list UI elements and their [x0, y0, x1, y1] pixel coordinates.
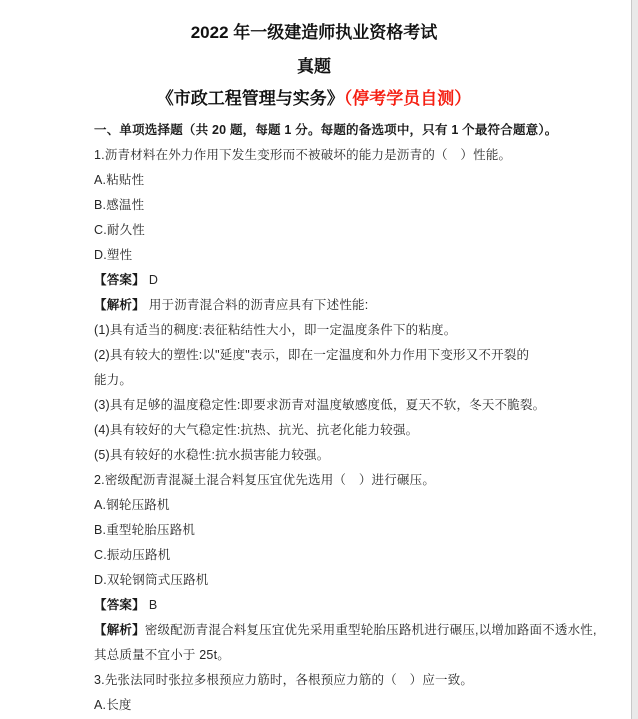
doc-line-text: A.长度 [94, 698, 132, 712]
doc-line: 【解析】密级配沥青混合料复压宜优先采用重型轮胎压路机进行碾压,以增加路面不透水性… [94, 618, 572, 643]
document-body: 一、单项选择题（共 20 题，每题 1 分。每题的备选项中，只有 1 个最符合题… [94, 118, 572, 718]
doc-line: 2.密级配沥青混凝土混合料复压宜优先选用（ ）进行碾压。 [94, 468, 572, 493]
doc-line: (4)具有较好的大气稳定性:抗热、抗光、抗老化能力较强。 [94, 418, 572, 443]
doc-line-text: D.塑性 [94, 248, 132, 262]
doc-line-text: (1)具有适当的稠度:表征粘结性大小，即一定温度条件下的粘度。 [94, 323, 456, 337]
course-title-red-note: （停考学员自测） [344, 89, 472, 108]
doc-line: D.塑性 [94, 243, 572, 268]
doc-title: 2022 年一级建造师执业资格考试 [0, 22, 628, 43]
doc-line-text: 其总质量不宜小于 25t。 [94, 648, 230, 662]
doc-line: C.耐久性 [94, 218, 572, 243]
doc-line: (3)具有足够的温度稳定性:即要求沥青对温度敏感度低，夏天不软，冬天不脆裂。 [94, 393, 572, 418]
doc-line-text: (3)具有足够的温度稳定性:即要求沥青对温度敏感度低，夏天不软，冬天不脆裂。 [94, 398, 545, 412]
doc-line: A.长度 [94, 693, 572, 718]
doc-line-text: C.振动压路机 [94, 548, 170, 562]
doc-line: 【解析】用于沥青混合料的沥青应具有下述性能: [94, 293, 572, 318]
doc-line-text: D [149, 273, 158, 287]
doc-line-text: A.钢轮压路机 [94, 498, 170, 512]
doc-line-text: (5)具有较好的水稳性:抗水损害能力较强。 [94, 448, 329, 462]
doc-line: 一、单项选择题（共 20 题，每题 1 分。每题的备选项中，只有 1 个最符合题… [94, 118, 572, 143]
doc-line-text: 3.先张法同时张拉多根预应力筋时，各根预应力筋的（ ）应一致。 [94, 673, 473, 687]
doc-line: C.振动压路机 [94, 543, 572, 568]
doc-line: 能力。 [94, 368, 572, 393]
doc-line-text: B.感温性 [94, 198, 144, 212]
doc-line-text: 密级配沥青混合料复压宜优先采用重型轮胎压路机进行碾压,以增加路面不透水性, [145, 623, 597, 637]
doc-line: 1.沥青材料在外力作用下发生变形而不被破坏的能力是沥青的（ ）性能。 [94, 143, 572, 168]
doc-line-text: D.双轮钢筒式压路机 [94, 573, 209, 587]
doc-line: (1)具有适当的稠度:表征粘结性大小，即一定温度条件下的粘度。 [94, 318, 572, 343]
course-title-text: 《市政工程管理与实务》 [157, 89, 344, 108]
doc-line-text: 1.沥青材料在外力作用下发生变形而不被破坏的能力是沥青的（ ）性能。 [94, 148, 511, 162]
doc-line-label: 【解析】 [94, 623, 145, 637]
doc-line: 3.先张法同时张拉多根预应力筋时，各根预应力筋的（ ）应一致。 [94, 668, 572, 693]
doc-line: (2)具有较大的塑性:以"延度"表示，即在一定温度和外力作用下变形又不开裂的 [94, 343, 572, 368]
doc-line-label: 一、单项选择题（共 20 题，每题 1 分。每题的备选项中，只有 1 个最符合题… [94, 123, 558, 137]
doc-line-text: (4)具有较好的大气稳定性:抗热、抗光、抗老化能力较强。 [94, 423, 418, 437]
doc-line: A.钢轮压路机 [94, 493, 572, 518]
doc-line: D.双轮钢筒式压路机 [94, 568, 572, 593]
doc-line-text: 2.密级配沥青混凝土混合料复压宜优先选用（ ）进行碾压。 [94, 473, 435, 487]
doc-line: A.粘贴性 [94, 168, 572, 193]
doc-line-label: 【答案】 [94, 273, 145, 287]
doc-subtitle: 真题 [0, 56, 628, 77]
doc-line-text: A.粘贴性 [94, 173, 144, 187]
doc-line: 【答案】B [94, 593, 572, 618]
doc-line-text: B.重型轮胎压路机 [94, 523, 195, 537]
doc-line: (5)具有较好的水稳性:抗水损害能力较强。 [94, 443, 572, 468]
doc-line: 其总质量不宜小于 25t。 [94, 643, 572, 668]
doc-line-text: 能力。 [94, 373, 132, 387]
doc-line-text: 用于沥青混合料的沥青应具有下述性能: [149, 298, 369, 312]
doc-line-label: 【解析】 [94, 298, 145, 312]
doc-line-text: C.耐久性 [94, 223, 145, 237]
scrollbar-track[interactable] [631, 0, 638, 719]
doc-line-text: B [149, 598, 158, 612]
doc-course-title: 《市政工程管理与实务》（停考学员自测） [0, 88, 628, 109]
doc-line: 【答案】D [94, 268, 572, 293]
doc-line-label: 【答案】 [94, 598, 145, 612]
doc-line: B.感温性 [94, 193, 572, 218]
document-page: 2022 年一级建造师执业资格考试 真题 《市政工程管理与实务》（停考学员自测）… [0, 0, 638, 719]
doc-line: B.重型轮胎压路机 [94, 518, 572, 543]
doc-line-text: (2)具有较大的塑性:以"延度"表示，即在一定温度和外力作用下变形又不开裂的 [94, 348, 529, 362]
